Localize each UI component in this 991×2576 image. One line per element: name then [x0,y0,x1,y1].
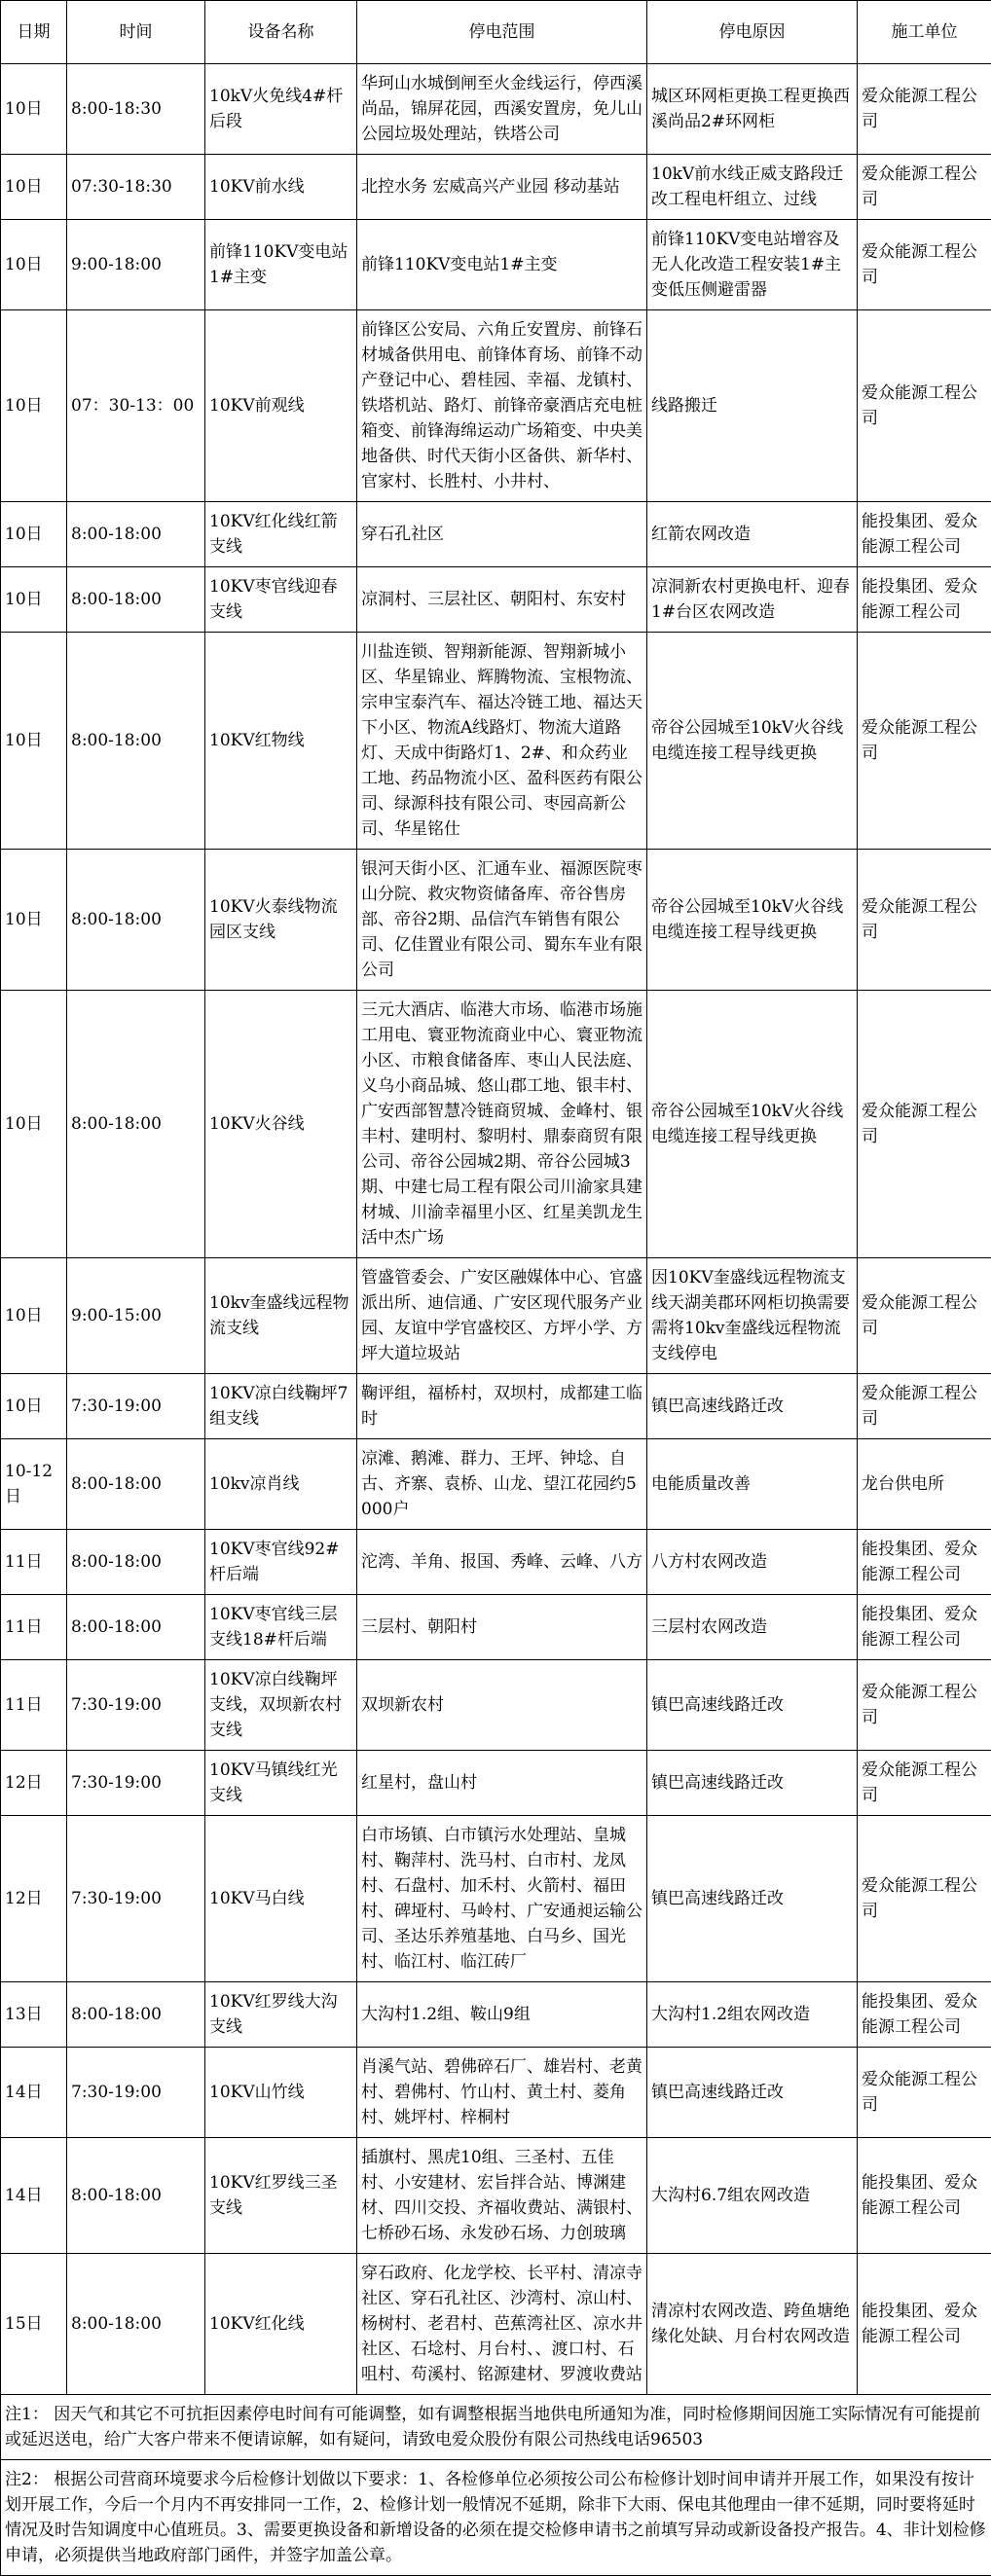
cell-reason: 大沟村1.2组农网改造 [647,1982,858,2048]
header-cell-device: 设备名称 [205,1,357,64]
cell-unit: 能投集团、爱众能源工程公司 [858,1595,991,1660]
cell-device: 10KV山竹线 [205,2048,357,2138]
cell-date: 10日 [1,220,67,310]
cell-time: 9:00-15:00 [67,1258,205,1374]
cell-range: 银河天街小区、汇通车业、福源医院枣山分院、救灾物资储备库、帝谷售房部、帝谷2期、… [357,850,647,991]
cell-device: 10KV马镇线红光支线 [205,1751,357,1816]
cell-range: 肖溪气站、碧佛碎石厂、雄岩村、老黄村、碧佛村、竹山村、黄土村、菱角村、姚坪村、梓… [357,2048,647,2138]
table-row: 15日8:00-18:0010KV红化线穿石政府、化龙学校、长平村、清凉寺社区、… [1,2254,991,2395]
cell-device: 10KV红物线 [205,633,357,850]
cell-device: 10KV前观线 [205,310,357,502]
table-row: 10日07:30-18:3010KV前水线北控水务 宏威高兴产业园 移动基站10… [1,155,991,220]
cell-range: 双坝新农村 [357,1660,647,1751]
cell-range: 川盐连锁、智翔新能源、智翔新城小区、华星锦业、辉腾物流、宝根物流、宗申宝泰汽车、… [357,633,647,850]
document-page: 日期时间设备名称停电范围停电原因施工单位 10日8:00-18:3010kV火免… [0,0,991,2576]
cell-unit: 爱众能源工程公司 [858,2048,991,2138]
cell-time: 8:00-18:00 [67,2138,205,2254]
cell-device: 10kv奎盛线远程物流支线 [205,1258,357,1374]
cell-device: 10kV火免线4#杆后段 [205,64,357,155]
cell-range: 凉洞村、三层社区、朝阳村、东安村 [357,567,647,633]
cell-range: 凉滩、鹅滩、群力、王坪、钟埝、自古、齐寨、袁桥、山龙、望江花园约5000户 [357,1439,647,1530]
cell-time: 9:00-18:00 [67,220,205,310]
cell-range: 北控水务 宏威高兴产业园 移动基站 [357,155,647,220]
cell-time: 7:30-19:00 [67,1751,205,1816]
cell-device: 10KV红化线 [205,2254,357,2395]
cell-range: 穿石政府、化龙学校、长平村、清凉寺社区、穿石孔社区、沙湾村、凉山村、杨树村、老君… [357,2254,647,2395]
cell-date: 11日 [1,1660,67,1751]
note-2: 注2： 根据公司营商环境要求今后检修计划做以下要求：1、各检修单位必须按公司公布… [1,2460,991,2576]
cell-date: 11日 [1,1530,67,1595]
cell-date: 10日 [1,991,67,1258]
table-row: 10日8:00-18:0010KV红化线红箭支线穿石孔社区红箭农网改造能投集团、… [1,502,991,567]
cell-unit: 爱众能源工程公司 [858,991,991,1258]
cell-reason: 帝谷公园城至10kV火谷线电缆连接工程导线更换 [647,633,858,850]
cell-range: 穿石孔社区 [357,502,647,567]
cell-reason: 清凉村农网改造、跨鱼塘绝缘化处缺、月台村农网改造 [647,2254,858,2395]
cell-date: 10日 [1,310,67,502]
cell-reason: 前锋110KV变电站增容及无人化改造工程安装1#主变低压侧避雷器 [647,220,858,310]
table-row: 11日8:00-18:0010KV枣官线92#杆后端沱湾、羊角、报国、秀峰、云峰… [1,1530,991,1595]
cell-reason: 电能质量改善 [647,1439,858,1530]
cell-time: 8:00-18:00 [67,1595,205,1660]
cell-device: 10KV红罗线大沟支线 [205,1982,357,2048]
cell-time: 8:00-18:00 [67,991,205,1258]
cell-time: 8:00-18:30 [67,64,205,155]
cell-reason: 镇巴高速线路迁改 [647,1751,858,1816]
cell-time: 07：30-13：00 [67,310,205,502]
cell-unit: 爱众能源工程公司 [858,155,991,220]
cell-date: 10日 [1,567,67,633]
cell-reason: 城区环网柜更换工程更换西溪尚品2#环网柜 [647,64,858,155]
cell-range: 红星村，盘山村 [357,1751,647,1816]
cell-unit: 爱众能源工程公司 [858,633,991,850]
table-row: 10日8:00-18:0010KV火泰线物流园区支线银河天街小区、汇通车业、福源… [1,850,991,991]
table-row: 14日7:30-19:0010KV山竹线肖溪气站、碧佛碎石厂、雄岩村、老黄村、碧… [1,2048,991,2138]
cell-device: 10kv凉肖线 [205,1439,357,1530]
cell-date: 10日 [1,1374,67,1439]
cell-reason: 八方村农网改造 [647,1530,858,1595]
table-row: 12日7:30-19:0010KV马白线白市场镇、白市镇污水处理站、皇城村、鞠萍… [1,1816,991,1982]
cell-unit: 能投集团、爱众能源工程公司 [858,1530,991,1595]
cell-date: 13日 [1,1982,67,2048]
cell-device: 10KV凉白线鞠坪7组支线 [205,1374,357,1439]
table-row: 10-12日8:00-18:0010kv凉肖线凉滩、鹅滩、群力、王坪、钟埝、自古… [1,1439,991,1530]
cell-reason: 镇巴高速线路迁改 [647,1660,858,1751]
cell-time: 07:30-18:30 [67,155,205,220]
cell-device: 10KV凉白线鞠坪支线，双坝新农村支线 [205,1660,357,1751]
header-cell-time: 时间 [67,1,205,64]
cell-range: 沱湾、羊角、报国、秀峰、云峰、八方 [357,1530,647,1595]
header-row: 日期时间设备名称停电范围停电原因施工单位 [1,1,991,64]
cell-date: 10日 [1,64,67,155]
table-row: 10日7:30-19:0010KV凉白线鞠坪7组支线鞠评组，福桥村，双坝村，成都… [1,1374,991,1439]
outage-schedule-table: 日期时间设备名称停电范围停电原因施工单位 10日8:00-18:3010kV火免… [0,0,991,2576]
cell-date: 12日 [1,1751,67,1816]
cell-device: 10KV红罗线三圣支线 [205,2138,357,2254]
cell-device: 10KV前水线 [205,155,357,220]
cell-date: 10-12日 [1,1439,67,1530]
cell-device: 10KV火谷线 [205,991,357,1258]
cell-time: 7:30-19:00 [67,1374,205,1439]
header-cell-date: 日期 [1,1,67,64]
cell-reason: 凉洞新农村更换电杆、迎春1#台区农网改造 [647,567,858,633]
cell-unit: 爱众能源工程公司 [858,64,991,155]
cell-unit: 爱众能源工程公司 [858,850,991,991]
cell-reason: 帝谷公园城至10kV火谷线电缆连接工程导线更换 [647,991,858,1258]
header-cell-range: 停电范围 [357,1,647,64]
cell-unit: 爱众能源工程公司 [858,310,991,502]
cell-date: 10日 [1,155,67,220]
cell-unit: 能投集团、爱众能源工程公司 [858,1982,991,2048]
cell-range: 华珂山水城倒闸至火金线运行，停西溪尚品，锦屏花园，西溪安置房，免儿山公园垃圾处理… [357,64,647,155]
cell-range: 插旗村、黑虎10组、三圣村、五佳村、小安建材、宏旨拌合站、博渊建材、四川交投、齐… [357,2138,647,2254]
cell-time: 8:00-18:00 [67,567,205,633]
cell-time: 7:30-19:00 [67,2048,205,2138]
cell-reason: 镇巴高速线路迁改 [647,2048,858,2138]
table-row: 14日8:00-18:0010KV红罗线三圣支线插旗村、黑虎10组、三圣村、五佳… [1,2138,991,2254]
cell-date: 12日 [1,1816,67,1982]
cell-range: 三元大酒店、临港大市场、临港市场施工用电、寰亚物流商业中心、寰亚物流小区、市粮食… [357,991,647,1258]
cell-range: 管盛管委会、广安区融媒体中心、官盛派出所、迪信通、广安区现代服务产业园、友谊中学… [357,1258,647,1374]
cell-time: 8:00-18:00 [67,2254,205,2395]
cell-device: 10KV枣官线迎春支线 [205,567,357,633]
cell-unit: 爱众能源工程公司 [858,1258,991,1374]
cell-device: 10KV红化线红箭支线 [205,502,357,567]
cell-reason: 镇巴高速线路迁改 [647,1374,858,1439]
cell-device: 前锋110KV变电站1#主变 [205,220,357,310]
cell-range: 白市场镇、白市镇污水处理站、皇城村、鞠萍村、洗马村、白市村、龙凤村、石盘村、加禾… [357,1816,647,1982]
table-row: 10日07：30-13：0010KV前观线前锋区公安局、六角丘安置房、前锋石材城… [1,310,991,502]
cell-unit: 爱众能源工程公司 [858,1816,991,1982]
cell-reason: 10kV前水线正威支路段迁改工程电杆组立、过线 [647,155,858,220]
table-row: 10日8:00-18:3010kV火免线4#杆后段华珂山水城倒闸至火金线运行，停… [1,64,991,155]
cell-time: 8:00-18:00 [67,1439,205,1530]
cell-unit: 爱众能源工程公司 [858,220,991,310]
table-row: 11日7:30-19:0010KV凉白线鞠坪支线，双坝新农村支线双坝新农村镇巴高… [1,1660,991,1751]
cell-time: 8:00-18:00 [67,502,205,567]
cell-unit: 能投集团、爱众能源工程公司 [858,502,991,567]
table-row: 13日8:00-18:0010KV红罗线大沟支线大沟村1.2组、鞍山9组大沟村1… [1,1982,991,2048]
cell-device: 10KV枣官线三层支线18#杆后端 [205,1595,357,1660]
cell-reason: 镇巴高速线路迁改 [647,1816,858,1982]
table-row: 10日8:00-18:0010KV枣官线迎春支线 凉洞村、三层社区、朝阳村、东安… [1,567,991,633]
cell-date: 10日 [1,850,67,991]
cell-unit: 爱众能源工程公司 [858,1374,991,1439]
table-row: 11日8:00-18:0010KV枣官线三层支线18#杆后端三层村、朝阳村三层村… [1,1595,991,1660]
cell-time: 8:00-18:00 [67,850,205,991]
cell-date: 14日 [1,2138,67,2254]
table-row: 10日9:00-15:0010kv奎盛线远程物流支线管盛管委会、广安区融媒体中心… [1,1258,991,1374]
cell-date: 14日 [1,2048,67,2138]
header-cell-reason: 停电原因 [647,1,858,64]
cell-reason: 大沟村6.7组农网改造 [647,2138,858,2254]
cell-date: 11日 [1,1595,67,1660]
note-row-1: 注1： 因天气和其它不可抗拒因素停电时间有可能调整，如有调整根据当地供电所通知为… [1,2395,991,2460]
cell-unit: 爱众能源工程公司 [858,1660,991,1751]
cell-reason: 红箭农网改造 [647,502,858,567]
cell-unit: 龙台供电所 [858,1439,991,1530]
cell-time: 7:30-19:00 [67,1816,205,1982]
cell-range: 前锋110KV变电站1#主变 [357,220,647,310]
cell-range: 鞠评组，福桥村，双坝村，成都建工临时 [357,1374,647,1439]
table-row: 10日8:00-18:0010KV火谷线三元大酒店、临港大市场、临港市场施工用电… [1,991,991,1258]
cell-unit: 能投集团、爱众能源工程公司 [858,2254,991,2395]
cell-reason: 因10KV奎盛线远程物流支线天湖美郡环网柜切换需要需将10kv奎盛线远程物流支线… [647,1258,858,1374]
cell-time: 7:30-19:00 [67,1660,205,1751]
cell-time: 8:00-18:00 [67,1982,205,2048]
cell-time: 8:00-18:00 [67,1530,205,1595]
cell-date: 10日 [1,1258,67,1374]
note-row-2: 注2： 根据公司营商环境要求今后检修计划做以下要求：1、各检修单位必须按公司公布… [1,2460,991,2576]
cell-date: 15日 [1,2254,67,2395]
cell-time: 8:00-18:00 [67,633,205,850]
cell-unit: 爱众能源工程公司 [858,1751,991,1816]
cell-unit: 能投集团、爱众能源工程公司 [858,567,991,633]
cell-range: 大沟村1.2组、鞍山9组 [357,1982,647,2048]
cell-date: 10日 [1,633,67,850]
cell-reason: 三层村农网改造 [647,1595,858,1660]
cell-device: 10KV枣官线92#杆后端 [205,1530,357,1595]
cell-date: 10日 [1,502,67,567]
header-cell-unit: 施工单位 [858,1,991,64]
table-row: 12日7:30-19:0010KV马镇线红光支线红星村，盘山村镇巴高速线路迁改爱… [1,1751,991,1816]
table-row: 10日9:00-18:00前锋110KV变电站1#主变前锋110KV变电站1#主… [1,220,991,310]
note-1: 注1： 因天气和其它不可抗拒因素停电时间有可能调整，如有调整根据当地供电所通知为… [1,2395,991,2460]
cell-reason: 帝谷公园城至10kV火谷线电缆连接工程导线更换 [647,850,858,991]
cell-reason: 线路搬迁 [647,310,858,502]
cell-range: 前锋区公安局、六角丘安置房、前锋石材城备供用电、前锋体育场、前锋不动产登记中心、… [357,310,647,502]
cell-device: 10KV火泰线物流园区支线 [205,850,357,991]
cell-unit: 能投集团、爱众能源工程公司 [858,2138,991,2254]
cell-device: 10KV马白线 [205,1816,357,1982]
cell-range: 三层村、朝阳村 [357,1595,647,1660]
table-row: 10日8:00-18:0010KV红物线川盐连锁、智翔新能源、智翔新城小区、华星… [1,633,991,850]
